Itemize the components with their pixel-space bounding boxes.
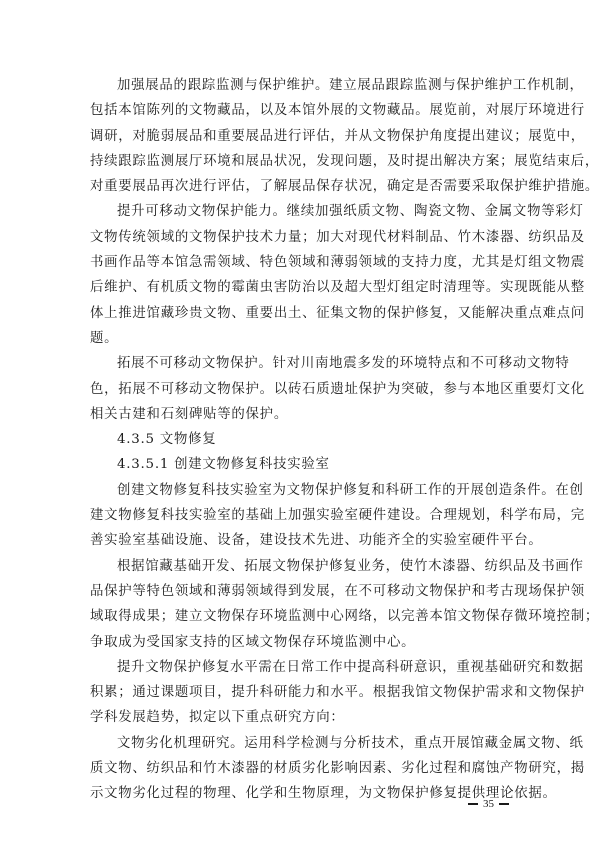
text-line: 示文物劣化过程的物理、化学和生物原理，为文物保护修复提供理论依据。 — [90, 781, 520, 806]
text-line: 域取得成果；建立文物保存环境监测中心网络，以完善本馆文物保存微环境控制； — [90, 604, 520, 629]
text-line: 建文物修复科技实验室的基础上加强实验室硬件建设。合理规划，科学布局，完 — [90, 503, 520, 528]
paragraph-exhibit-monitoring: 加强展品的跟踪监测与保护维护。建立展品跟踪监测与保护维护工作机制， 包括本馆陈列… — [90, 73, 520, 199]
section-heading: 4.3.5 文物修复 — [90, 427, 520, 452]
text-line: 文物劣化机理研究。运用科学检测与分析技术，重点开展馆藏金属文物、纸 — [90, 731, 520, 756]
text-line: 持续跟踪监测展厅环境和展品状况，发现问题，及时提出解决方案；展览结束后， — [90, 149, 520, 174]
page-footer: 35 — [468, 798, 509, 810]
text-line: 提升文物保护修复水平需在日常工作中提高科研意识，重视基础研究和数据 — [90, 655, 520, 680]
text-line: 题。 — [90, 326, 520, 351]
paragraph-research-level: 提升文物保护修复水平需在日常工作中提高科研意识，重视基础研究和数据 积累；通过课… — [90, 655, 520, 731]
text-line: 学科发展趋势，拟定以下重点研究方向： — [90, 705, 520, 730]
text-line: 争取成为受国家支持的区域文物保存环境监测中心。 — [90, 630, 520, 655]
text-line: 文物传统领域的文物保护技术力量；加大对现代材料制品、竹木漆器、纺织品及 — [90, 225, 520, 250]
text-line: 创建文物修复科技实验室为文物保护修复和科研工作的开展创造条件。在创 — [90, 478, 520, 503]
text-line: 善实验室基础设施、设备，建设技术先进、功能齐全的实验室硬件平台。 — [90, 528, 520, 553]
page-number: 35 — [483, 798, 494, 810]
text-line: 相关古建和石刻碑贴等的保护。 — [90, 402, 520, 427]
text-line: 积累；通过课题项目，提升科研能力和水平。根据我馆文物保护需求和文物保护 — [90, 680, 520, 705]
text-line: 质文物、纺织品和竹木漆器的材质劣化影响因素、劣化过程和腐蚀产物研究，揭 — [90, 756, 520, 781]
text-line: 拓展不可移动文物保护。针对川南地震多发的环境特点和不可移动文物特 — [90, 351, 520, 376]
paragraph-deterioration-research: 文物劣化机理研究。运用科学检测与分析技术，重点开展馆藏金属文物、纸 质文物、纺织… — [90, 731, 520, 807]
paragraph-business-expansion: 根据馆藏基础开发、拓展文物保护修复业务，使竹木漆器、纺织品及书画作 品保护等特色… — [90, 554, 520, 655]
subsection-heading: 4.3.5.1 创建文物修复科技实验室 — [90, 452, 520, 477]
text-line: 书画作品等本馆急需领域、特色领域和薄弱领域的支持力度，尤其是灯组文物震 — [90, 250, 520, 275]
text-line: 提升可移动文物保护能力。继续加强纸质文物、陶瓷文物、金属文物等彩灯 — [90, 199, 520, 224]
text-line: 品保护等特色领域和薄弱领域得到发展，在不可移动文物保护和考古现场保护领 — [90, 579, 520, 604]
dash-right — [499, 803, 509, 804]
text-line: 包括本馆陈列的文物藏品，以及本馆外展的文物藏品。展览前，对展厅环境进行 — [90, 98, 520, 123]
document-page: 加强展品的跟踪监测与保护维护。建立展品跟踪监测与保护维护工作机制， 包括本馆陈列… — [90, 73, 520, 807]
paragraph-lab-creation: 创建文物修复科技实验室为文物保护修复和科研工作的开展创造条件。在创 建文物修复科… — [90, 478, 520, 554]
text-line: 加强展品的跟踪监测与保护维护。建立展品跟踪监测与保护维护工作机制， — [90, 73, 520, 98]
text-line: 后维护、有机质文物的霉菌虫害防治以及超大型灯组定时清理等。实现既能从整 — [90, 275, 520, 300]
text-line: 对重要展品再次进行评估，了解展品保存状况，确定是否需要采取保护维护措施。 — [90, 174, 520, 199]
paragraph-immovable-relics: 拓展不可移动文物保护。针对川南地震多发的环境特点和不可移动文物特 色，拓展不可移… — [90, 351, 520, 427]
paragraph-movable-relics: 提升可移动文物保护能力。继续加强纸质文物、陶瓷文物、金属文物等彩灯 文物传统领域… — [90, 199, 520, 351]
dash-left — [468, 803, 478, 804]
text-line: 色，拓展不可移动文物保护。以砖石质遗址保护为突破，参与本地区重要灯文化 — [90, 377, 520, 402]
text-line: 根据馆藏基础开发、拓展文物保护修复业务，使竹木漆器、纺织品及书画作 — [90, 554, 520, 579]
text-line: 调研，对脆弱展品和重要展品进行评估，并从文物保护角度提出建议；展览中， — [90, 124, 520, 149]
text-line: 体上推进馆藏珍贵文物、重要出土、征集文物的保护修复，又能解决重点难点问 — [90, 301, 520, 326]
